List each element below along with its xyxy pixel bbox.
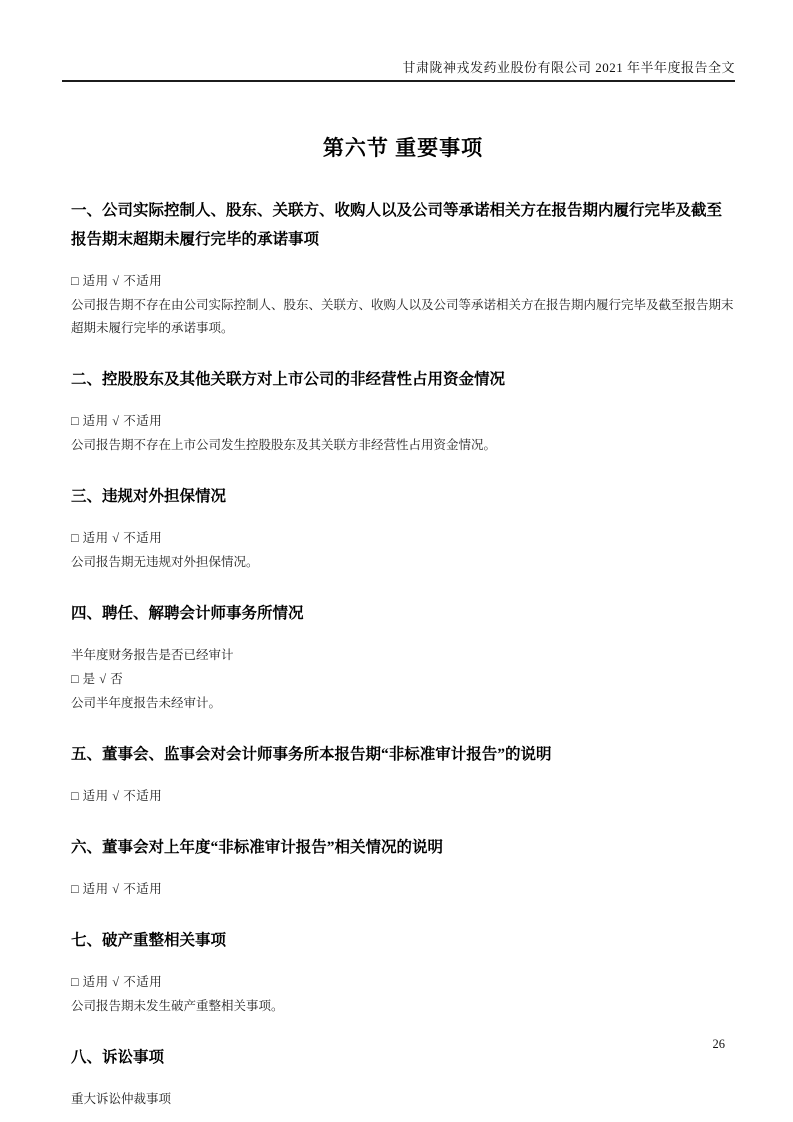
applicability-option-line: □ 是 √ 否 [71,668,735,691]
report-section: 七、破产重整相关事项 □ 适用 √ 不适用 公司报告期未发生破产重整相关事项。 [71,926,735,1018]
applicability-option-line: □ 适用 √ 不适用 [71,878,735,901]
section-heading: 四、聘任、解聘会计师事务所情况 [71,599,735,628]
report-section: 八、诉讼事项 重大诉讼仲裁事项 [71,1043,735,1111]
report-section: 三、违规对外担保情况 □ 适用 √ 不适用 公司报告期无违规对外担保情况。 [71,482,735,574]
section-body: □ 适用 √ 不适用 [71,878,735,901]
section-heading: 二、控股股东及其他关联方对上市公司的非经营性占用资金情况 [71,365,735,394]
report-header: 甘肃陇神戎发药业股份有限公司 2021 年半年度报告全文 [62,0,735,82]
section-body: 重大诉讼仲裁事项 [71,1088,735,1111]
paragraph: 公司半年度报告未经审计。 [71,692,735,715]
section-body: □ 适用 √ 不适用 公司报告期不存在上市公司发生控股股东及其关联方非经营性占用… [71,410,735,457]
report-section: 二、控股股东及其他关联方对上市公司的非经营性占用资金情况 □ 适用 √ 不适用 … [71,365,735,457]
paragraph: 重大诉讼仲裁事项 [71,1088,735,1111]
applicability-option-line: □ 适用 √ 不适用 [71,971,735,994]
paragraph: 公司报告期无违规对外担保情况。 [71,551,735,574]
section-body: □ 适用 √ 不适用 [71,785,735,808]
section-body: □ 适用 √ 不适用 公司报告期未发生破产重整相关事项。 [71,971,735,1018]
section-heading: 一、公司实际控制人、股东、关联方、收购人以及公司等承诺相关方在报告期内履行完毕及… [71,196,735,254]
report-section: 五、董事会、监事会对会计师事务所本报告期“非标准审计报告”的说明 □ 适用 √ … [71,740,735,808]
paragraph: 公司报告期不存在由公司实际控制人、股东、关联方、收购人以及公司等承诺相关方在报告… [71,294,735,340]
paragraph: 半年度财务报告是否已经审计 [71,644,735,667]
report-page: { "document": { "header": "甘肃陇神戎发药业股份有限公… [0,0,793,1122]
report-header-text: 甘肃陇神戎发药业股份有限公司 2021 年半年度报告全文 [402,60,735,75]
report-section: 六、董事会对上年度“非标准审计报告”相关情况的说明 □ 适用 √ 不适用 [71,833,735,901]
applicability-option-line: □ 适用 √ 不适用 [71,527,735,550]
section-body: □ 适用 √ 不适用 公司报告期无违规对外担保情况。 [71,527,735,574]
chapter-title: 第六节 重要事项 [71,132,735,162]
section-heading: 七、破产重整相关事项 [71,926,735,955]
section-heading: 八、诉讼事项 [71,1043,735,1072]
report-section: 四、聘任、解聘会计师事务所情况 半年度财务报告是否已经审计 □ 是 √ 否 公司… [71,599,735,715]
applicability-option-line: □ 适用 √ 不适用 [71,270,735,293]
section-heading: 五、董事会、监事会对会计师事务所本报告期“非标准审计报告”的说明 [71,740,735,769]
paragraph: 公司报告期未发生破产重整相关事项。 [71,995,735,1018]
page-content: 第六节 重要事项 一、公司实际控制人、股东、关联方、收购人以及公司等承诺相关方在… [71,132,735,1111]
sections: 一、公司实际控制人、股东、关联方、收购人以及公司等承诺相关方在报告期内履行完毕及… [71,196,735,1111]
paragraph: 公司报告期不存在上市公司发生控股股东及其关联方非经营性占用资金情况。 [71,434,735,457]
section-body: □ 适用 √ 不适用 公司报告期不存在由公司实际控制人、股东、关联方、收购人以及… [71,270,735,340]
report-section: 一、公司实际控制人、股东、关联方、收购人以及公司等承诺相关方在报告期内履行完毕及… [71,196,735,340]
section-body: 半年度财务报告是否已经审计 □ 是 √ 否 公司半年度报告未经审计。 [71,644,735,715]
page-number: 26 [713,1037,726,1052]
applicability-option-line: □ 适用 √ 不适用 [71,410,735,433]
section-heading: 六、董事会对上年度“非标准审计报告”相关情况的说明 [71,833,735,862]
applicability-option-line: □ 适用 √ 不适用 [71,785,735,808]
section-heading: 三、违规对外担保情况 [71,482,735,511]
